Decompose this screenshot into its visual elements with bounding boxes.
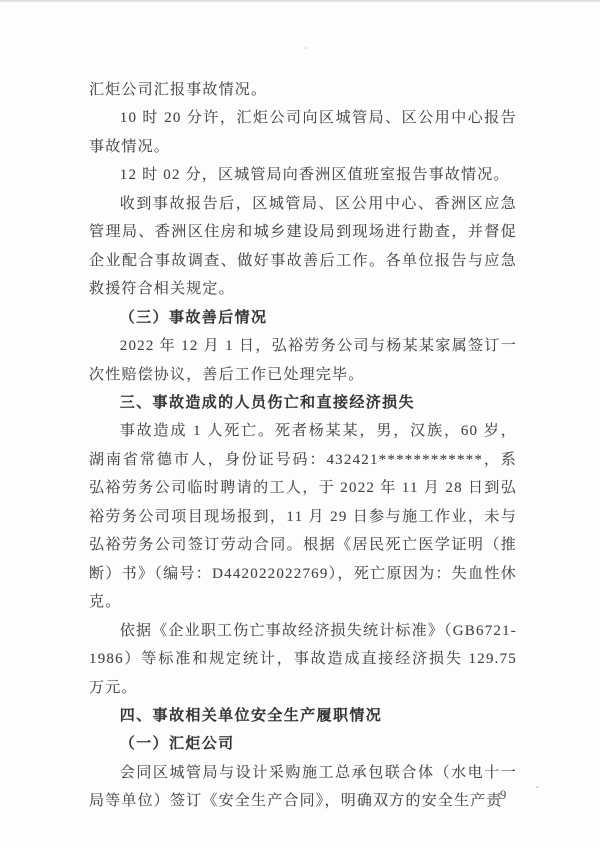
body-paragraph: 2022 年 12 月 1 日，弘裕劳务公司与杨某某家属签订一次性赔偿协议，善后… — [89, 332, 517, 389]
section-heading: （三）事故善后情况 — [89, 304, 517, 332]
document-body: 汇炬公司汇报事故情况。10 时 20 分许，汇炬公司向区城管局、区公用中心报告事… — [89, 76, 517, 816]
body-paragraph: 12 时 02 分，区城管局向香洲区值班室报告事故情况。 — [89, 161, 517, 189]
section-heading: 四、事故相关单位安全生产履职情况 — [89, 702, 517, 730]
body-paragraph: 事故造成 1 人死亡。死者杨某某，男，汉族，60 岁，湖南省常德市人，身份证号码… — [89, 417, 517, 616]
body-paragraph: 汇炬公司汇报事故情况。 — [89, 76, 517, 104]
scan-speckle — [303, 47, 307, 49]
page-number: 9 — [500, 788, 506, 803]
section-heading: 三、事故造成的人员伤亡和直接经济损失 — [89, 389, 517, 417]
body-paragraph: 依据《企业职工伤亡事故经济损失统计标准》（GB6721-1986）等标准和规定统… — [89, 617, 517, 702]
scan-speckle — [536, 786, 539, 788]
body-paragraph: 收到事故报告后，区城管局、区公用中心、香洲区应急管理局、香洲区住房和城乡建设局到… — [89, 190, 517, 304]
section-heading: （一）汇炬公司 — [89, 730, 517, 758]
document-page: 汇炬公司汇报事故情况。10 时 20 分许，汇炬公司向区城管局、区公用中心报告事… — [0, 0, 600, 848]
body-paragraph: 会同区城管局与设计采购施工总承包联合体（水电十一局等单位）签订《安全生产合同》，… — [89, 759, 517, 816]
body-paragraph: 10 时 20 分许，汇炬公司向区城管局、区公用中心报告事故情况。 — [89, 104, 517, 161]
